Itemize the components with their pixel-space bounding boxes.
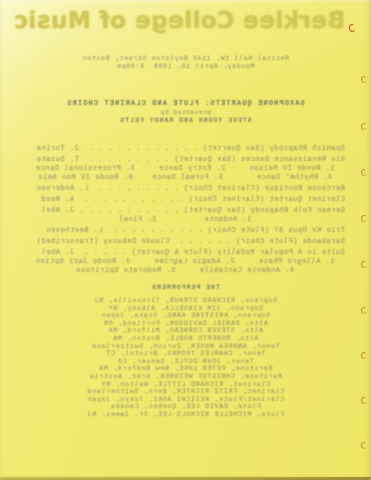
performer-line: Clarinet/Flute, KEIICHI AOKI, Tokyo, Jap… xyxy=(0,396,371,404)
program-line: 1. Ronde IV Maison 2. Entry Dance 3. Pro… xyxy=(25,166,345,174)
performer-line: Baritone, PETER LUKE, New Bedford, MA xyxy=(0,365,371,373)
yellow-paper-page: Berklee College of Music Recital Hall 1W… xyxy=(0,0,371,480)
performer-line: Flute, DAVID LEE, Quebec, Canada xyxy=(0,403,371,411)
performer-line: Flute, MICHELLE NICHOLS-LEE, St. James, … xyxy=(0,411,371,419)
binding-hole-mark xyxy=(360,214,367,222)
program-line: Trio KV Opus 87 (Flute Choir) . . . . . … xyxy=(25,228,345,236)
program-line: Six Renaissance Dances (Sax Quartet) . .… xyxy=(25,157,345,165)
program-line: 4. Andante Cantabile 5. Moderato Spirito… xyxy=(25,268,345,276)
performer-line: Alto, ROBERTO NOBLE, Boston, MA xyxy=(0,335,371,343)
binding-hole-mark xyxy=(360,351,367,359)
venue-line: Recital Hall 1W, 1140 Boylston Street, B… xyxy=(0,54,371,63)
performer-line: Tenor, ANDREA MOSER, Zurich, Switzerland xyxy=(0,343,371,351)
program-line: Sarabande (Flute Choir) . . . . . . Clau… xyxy=(25,239,345,247)
binding-hole-mark xyxy=(360,75,367,83)
program-line: Suite in A Popular Modality (Flute & Qua… xyxy=(25,250,345,258)
binding-hole-mark xyxy=(360,396,367,404)
performers-list: Soprano, RICHARD STRAUB, Titusville, NJS… xyxy=(0,297,371,419)
performer-line: Clarinet, RICHARD LITTLE, Walton, NY xyxy=(0,381,371,389)
binding-hole-mark xyxy=(360,122,367,130)
berklee-logo-showthrough: Berklee College of Music xyxy=(25,8,345,34)
performer-line: Clarinet, FRITZ RICHTER, Bern, Switzerla… xyxy=(0,388,371,396)
presenters-line: STEVE YOUNG AND RANDY FELTS xyxy=(0,117,371,124)
program-list: Spanish Rhapsody (Sax Quartet) . . . . .… xyxy=(25,142,345,275)
performer-line: Soprano, RICHARD STRAUB, Titusville, NJ xyxy=(0,297,371,305)
performers-heading: THE PERFORMERS xyxy=(0,284,371,291)
program-line: Berceuse Boutique (Clarinet Choir) . . .… xyxy=(25,186,345,194)
presented-by-label: presented by xyxy=(0,109,371,116)
performer-line: Alto, STEVEN CORNEAU, Milford, MA xyxy=(0,327,371,335)
binding-hole-mark xyxy=(360,441,367,449)
performer-line: Tenor, JOHN DOYLE, Denver, CO xyxy=(0,358,371,366)
performer-line: Soprano, KRISTINE KANE, Osaka, Japan xyxy=(0,312,371,320)
binding-hole-mark xyxy=(348,23,356,32)
program-line: Clarinet Quartet (Clarinet Choir) . . . … xyxy=(25,197,345,205)
program-line: 4. Rhythm' Dance 5. Formal Dance 6. Rond… xyxy=(25,175,345,183)
program-line: German Folk Rhapsody (Sax Quartet) . . .… xyxy=(25,208,345,216)
performer-line: Tenor, CHARLES THOMAS, Bristol, CT xyxy=(0,350,371,358)
showthrough-content: Berklee College of Music Recital Hall 1W… xyxy=(0,0,371,480)
binding-hole-mark xyxy=(360,168,367,176)
binding-hole-mark xyxy=(360,260,367,268)
performer-line: Alto, DANIEL DAVIDSON, Portland, OR xyxy=(0,320,371,328)
date-line: Monday, April 18, 1988 8:00pm xyxy=(0,63,371,70)
concert-title: SAXOPHONE QUARTETS: FLUTE AND CLARINET C… xyxy=(0,100,371,108)
binding-hole-mark xyxy=(360,306,367,314)
program-line: Spanish Rhapsody (Sax Quartet) . . . . .… xyxy=(25,146,345,154)
program-line: 1. Allegro Phase 2. Adagio Lagrime 3. Ro… xyxy=(25,259,345,267)
performer-line: Baritone, CHRISTOF WEIDNER, Graz, Austri… xyxy=(0,373,371,381)
program-line: 1. Andante 2. Final xyxy=(25,217,345,225)
performer-line: Soprano, JIM KINSELLA, Albany, NY xyxy=(0,305,371,313)
